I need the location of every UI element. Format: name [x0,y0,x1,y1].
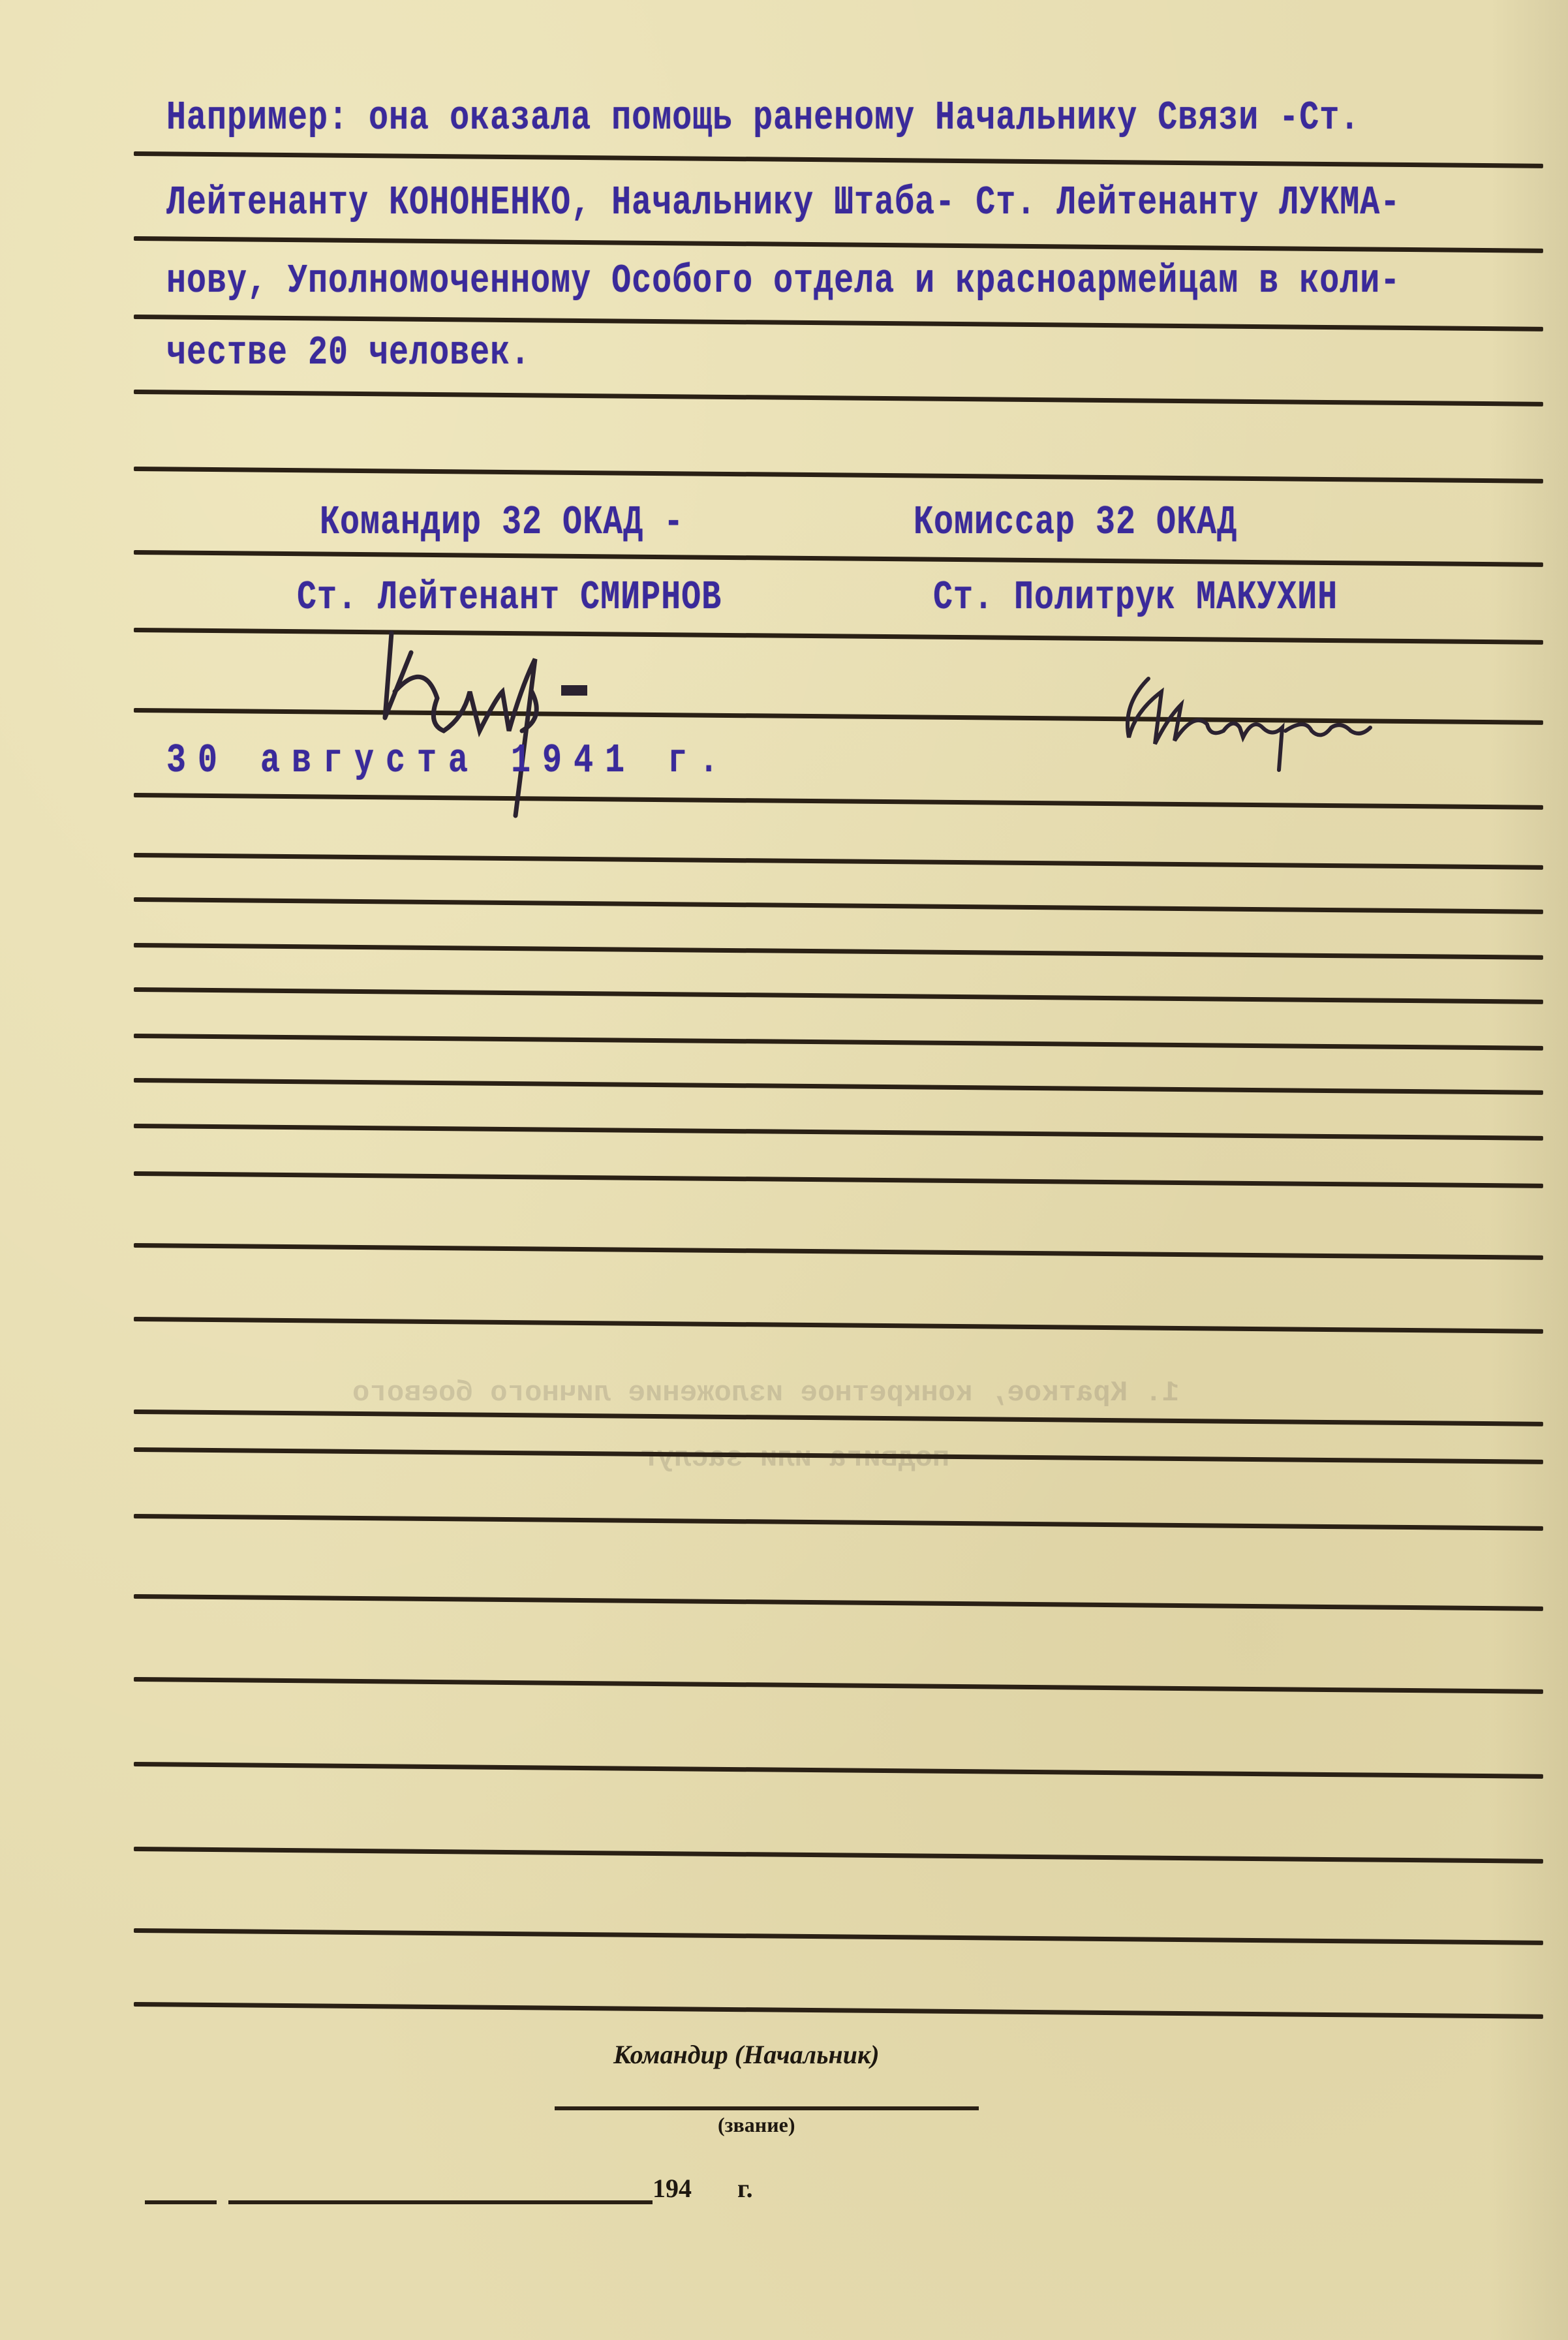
rule-line [134,793,1543,810]
rank-caption: (звание) [718,2113,795,2137]
rule-line [134,2002,1543,2019]
rule-line [134,550,1543,567]
rule-line [134,987,1543,1004]
commander-label: Командир (Начальник) [613,2039,880,2070]
rule-line [134,897,1543,914]
commander-rank-name: Ст. Лейтенант СМИРНОВ [297,575,722,621]
rule-line [134,943,1543,960]
rule-line [134,151,1543,168]
rule-line [134,390,1543,407]
rule-line [134,1594,1543,1611]
body-text-line: Например: она оказала помощь раненому На… [166,95,1360,142]
commander-title: Командир 32 ОКАД - [320,500,684,546]
rule-line [134,1514,1543,1531]
body-text-line: Лейтенанту КОНОНЕНКО, Начальнику Штаба- … [166,180,1400,226]
body-text-line: нову, Уполномоченному Особого отдела и к… [166,258,1400,305]
rank-signature-line [555,2106,979,2110]
commander-signature [365,620,692,829]
rule-line [134,1124,1543,1141]
rule-line [134,315,1543,331]
rule-line [134,1409,1543,1426]
commissar-title: Комиссар 32 ОКАД [914,500,1237,546]
rule-line [134,236,1543,253]
rule-line [134,628,1543,645]
document-page: 1. Краткое, конкретное изложение личного… [0,0,1568,2340]
date-month-line [228,2200,653,2204]
commissar-signature [1109,666,1383,777]
rule-line [134,467,1543,484]
signature-date: 30 августа 1941 г. [166,738,730,784]
commissar-rank-name: Ст. Политрук МАКУХИН [933,575,1338,621]
body-text-line: честве 20 человек. [166,330,530,377]
date-year-suffix: г. [737,2173,753,2204]
date-year-prefix: 194 [653,2173,692,2204]
rule-line [134,1171,1543,1188]
rule-line [134,1317,1543,1334]
rule-line [134,1243,1543,1260]
date-day-line [145,2200,217,2204]
bleed-through-text: 1. Краткое, конкретное изложение личного… [352,1377,1179,1409]
rule-line [134,1928,1543,1945]
rule-line [134,1847,1543,1864]
rule-line [134,853,1543,870]
rule-line [134,1677,1543,1694]
rule-line [134,1762,1543,1779]
rule-line [134,1078,1543,1095]
rule-line [134,1034,1543,1051]
